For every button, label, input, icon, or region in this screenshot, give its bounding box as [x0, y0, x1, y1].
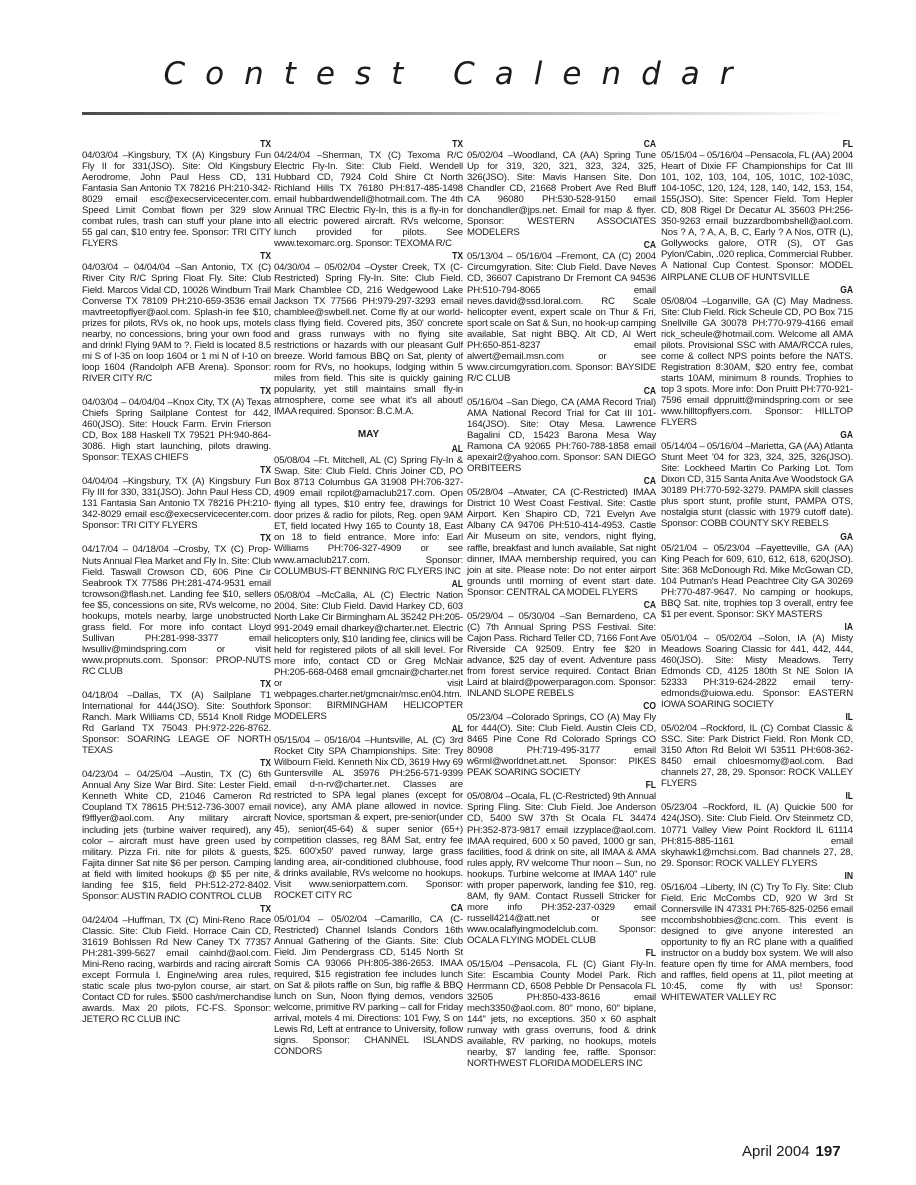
state-heading: CA	[495, 476, 656, 487]
state-heading: TX	[110, 679, 271, 690]
page-title: Contest Calendar	[0, 56, 916, 92]
state-heading: TX	[110, 758, 271, 769]
entry-text: 05/23/04 –Rockford, IL (A) Quickie 500 f…	[661, 802, 853, 868]
entry-text: 04/18/04 –Dallas, TX (A) Sailplane T1 In…	[82, 690, 271, 756]
entry-text: 04/03/04 – 04/04/04 –Knox City, TX (A) T…	[82, 397, 271, 463]
state-heading: AL	[302, 724, 463, 735]
entry-text: 05/01/04 – 05/02/04 –Solon, IA (A) Misty…	[661, 633, 853, 710]
contest-entry: TX04/18/04 –Dallas, TX (A) Sailplane T1 …	[82, 679, 271, 756]
contest-entry: AL05/08/04 –McCalla, AL (C) Electric Nat…	[274, 579, 463, 723]
contest-entry: TX04/03/04 –Kingsbury, TX (A) Kingsbury …	[82, 139, 271, 249]
state-heading: CA	[495, 386, 656, 397]
contest-entry: IA05/01/04 – 05/02/04 –Solon, IA (A) Mis…	[661, 622, 853, 710]
state-heading: TX	[110, 465, 271, 476]
month-heading: MAY	[274, 429, 463, 440]
state-heading: IA	[690, 622, 853, 633]
contest-entry: FL05/15/04 – 05/16/04 –Pensacola, FL (AA…	[661, 139, 853, 283]
state-heading: TX	[110, 533, 271, 544]
entry-text: 05/28/04 –Atwater, CA (C-Restricted) IMA…	[467, 487, 656, 597]
contest-entry: GA05/21/04 – 05/23/04 –Fayetteville, GA …	[661, 532, 853, 620]
entry-text: 05/08/04 –McCalla, AL (C) Electric Natio…	[274, 590, 463, 723]
page-footer: April 2004197	[742, 1143, 841, 1160]
entry-text: 05/01/04 – 05/02/04 –Camarillo, CA (C-Re…	[274, 914, 463, 1058]
entry-text: 04/23/04 – 04/25/04 –Austin, TX (C) 6th …	[82, 769, 271, 902]
entry-text: 05/15/04 –Pensacola, FL (C) Giant Fly-In…	[467, 959, 656, 1069]
contest-entry: GA05/14/04 – 05/16/04 –Marietta, GA (AA)…	[661, 430, 853, 529]
contest-entry: CA05/29/04 – 05/30/04 –San Bernardeno, C…	[467, 600, 656, 699]
contest-entry: TX04/17/04 – 04/18/04 –Crosby, TX (C) Pr…	[82, 533, 271, 677]
state-heading: TX	[302, 139, 463, 150]
column-3: CA05/02/04 –Woodland, CA (AA) Spring Tun…	[467, 139, 656, 1072]
contest-entry: IN05/16/04 –Liberty, IN (C) Try To Fly. …	[661, 871, 853, 1004]
entry-text: 05/14/04 – 05/16/04 –Marietta, GA (AA) A…	[661, 441, 853, 529]
contest-entry: TX04/03/04 – 04/04/04 –Knox City, TX (A)…	[82, 386, 271, 463]
state-heading: FL	[495, 780, 656, 791]
contest-entry: CA05/28/04 –Atwater, CA (C-Restricted) I…	[467, 476, 656, 597]
entry-text: 04/30/04 – 05/02/04 –Oyster Creek, TX (C…	[274, 262, 463, 417]
contest-entry: CA05/01/04 – 05/02/04 –Camarillo, CA (C-…	[274, 903, 463, 1058]
state-heading: IL	[690, 791, 853, 802]
state-heading: TX	[110, 904, 271, 915]
entry-text: 04/17/04 – 04/18/04 –Crosby, TX (C) Prop…	[82, 544, 271, 677]
state-heading: IN	[690, 871, 853, 882]
contest-entry: IL05/23/04 –Rockford, IL (A) Quickie 500…	[661, 791, 853, 868]
state-heading: AL	[302, 579, 463, 590]
contest-entry: FL05/15/04 –Pensacola, FL (C) Giant Fly-…	[467, 948, 656, 1069]
column-4: FL05/15/04 – 05/16/04 –Pensacola, FL (AA…	[661, 139, 853, 1005]
entry-text: 05/23/04 –Colorado Springs, CO (A) May F…	[467, 712, 656, 778]
state-heading: TX	[110, 139, 271, 150]
issue-date: April 2004	[742, 1143, 810, 1160]
contest-entry: TX04/30/04 – 05/02/04 –Oyster Creek, TX …	[274, 251, 463, 417]
column-2: TX04/24/04 –Sherman, TX (C) Texoma R/C E…	[274, 139, 463, 1059]
entry-text: 05/15/04 – 05/16/04 –Pensacola, FL (AA) …	[661, 150, 853, 283]
entry-text: 05/21/04 – 05/23/04 –Fayetteville, GA (A…	[661, 543, 853, 620]
state-heading: GA	[690, 430, 853, 441]
state-heading: AL	[302, 444, 463, 455]
entry-text: 05/15/04 – 05/16/04 –Huntsville, AL (C) …	[274, 735, 463, 901]
column-1: TX04/03/04 –Kingsbury, TX (A) Kingsbury …	[82, 139, 271, 1027]
entry-text: 05/08/04 –Ocala, FL (C-Restricted) 9th A…	[467, 791, 656, 946]
state-heading: GA	[690, 532, 853, 543]
entry-text: 05/08/04 –Ft. Mitchell, AL (C) Spring Fl…	[274, 455, 463, 577]
state-heading: CO	[495, 701, 656, 712]
page-number: 197	[816, 1143, 841, 1160]
entry-text: 05/02/04 –Woodland, CA (AA) Spring Tune …	[467, 150, 656, 238]
contest-entry: TX04/24/04 –Huffman, TX (C) Mini-Reno Ra…	[82, 904, 271, 1025]
contest-entry: TX04/04/04 –Kingsbury, TX (A) Kingsbury …	[82, 465, 271, 531]
entry-text: 04/24/04 –Sherman, TX (C) Texoma R/C Ele…	[274, 150, 463, 249]
state-heading: GA	[690, 285, 853, 296]
entry-text: 04/03/04 – 04/04/04 –San Antonio, TX (C)…	[82, 262, 271, 384]
state-heading: FL	[690, 139, 853, 150]
state-heading: FL	[495, 948, 656, 959]
contest-entry: CO05/23/04 –Colorado Springs, CO (A) May…	[467, 701, 656, 778]
state-heading: CA	[495, 240, 656, 251]
entry-text: 04/03/04 –Kingsbury, TX (A) Kingsbury Fu…	[82, 150, 271, 249]
state-heading: TX	[110, 386, 271, 397]
contest-entry: IL05/02/04 –Rockford, IL (C) Combat Clas…	[661, 712, 853, 789]
title-divider	[82, 112, 845, 115]
contest-entry: AL05/08/04 –Ft. Mitchell, AL (C) Spring …	[274, 444, 463, 577]
contest-entry: TX04/24/04 –Sherman, TX (C) Texoma R/C E…	[274, 139, 463, 249]
entry-text: 05/16/04 –Liberty, IN (C) Try To Fly. Si…	[661, 882, 853, 1004]
state-heading: CA	[495, 600, 656, 611]
contest-entry: GA05/08/04 –Loganville, GA (C) May Madne…	[661, 285, 853, 429]
entry-text: 05/16/04 –San Diego, CA (AMA Record Tria…	[467, 397, 656, 474]
contest-entry: CA05/16/04 –San Diego, CA (AMA Record Tr…	[467, 386, 656, 474]
entry-text: 05/29/04 – 05/30/04 –San Bernardeno, CA …	[467, 611, 656, 699]
entry-text: 04/24/04 –Huffman, TX (C) Mini-Reno Race…	[82, 915, 271, 1025]
calendar-columns: TX04/03/04 –Kingsbury, TX (A) Kingsbury …	[82, 139, 882, 1139]
contest-entry: TX04/03/04 – 04/04/04 –San Antonio, TX (…	[82, 251, 271, 384]
entry-text: 04/04/04 –Kingsbury, TX (A) Kingsbury Fu…	[82, 476, 271, 531]
state-heading: CA	[302, 903, 463, 914]
state-heading: IL	[690, 712, 853, 723]
contest-entry: TX04/23/04 – 04/25/04 –Austin, TX (C) 6t…	[82, 758, 271, 902]
state-heading: CA	[495, 139, 656, 150]
state-heading: TX	[302, 251, 463, 262]
contest-entry: CA05/13/04 – 05/16/04 –Fremont, CA (C) 2…	[467, 240, 656, 384]
state-heading: TX	[110, 251, 271, 262]
entry-text: 05/13/04 – 05/16/04 –Fremont, CA (C) 200…	[467, 251, 656, 384]
contest-entry: FL05/08/04 –Ocala, FL (C-Restricted) 9th…	[467, 780, 656, 946]
entry-text: 05/08/04 –Loganville, GA (C) May Madness…	[661, 296, 853, 429]
entry-text: 05/02/04 –Rockford, IL (C) Combat Classi…	[661, 723, 853, 789]
contest-entry: CA05/02/04 –Woodland, CA (AA) Spring Tun…	[467, 139, 656, 238]
contest-entry: AL05/15/04 – 05/16/04 –Huntsville, AL (C…	[274, 724, 463, 901]
